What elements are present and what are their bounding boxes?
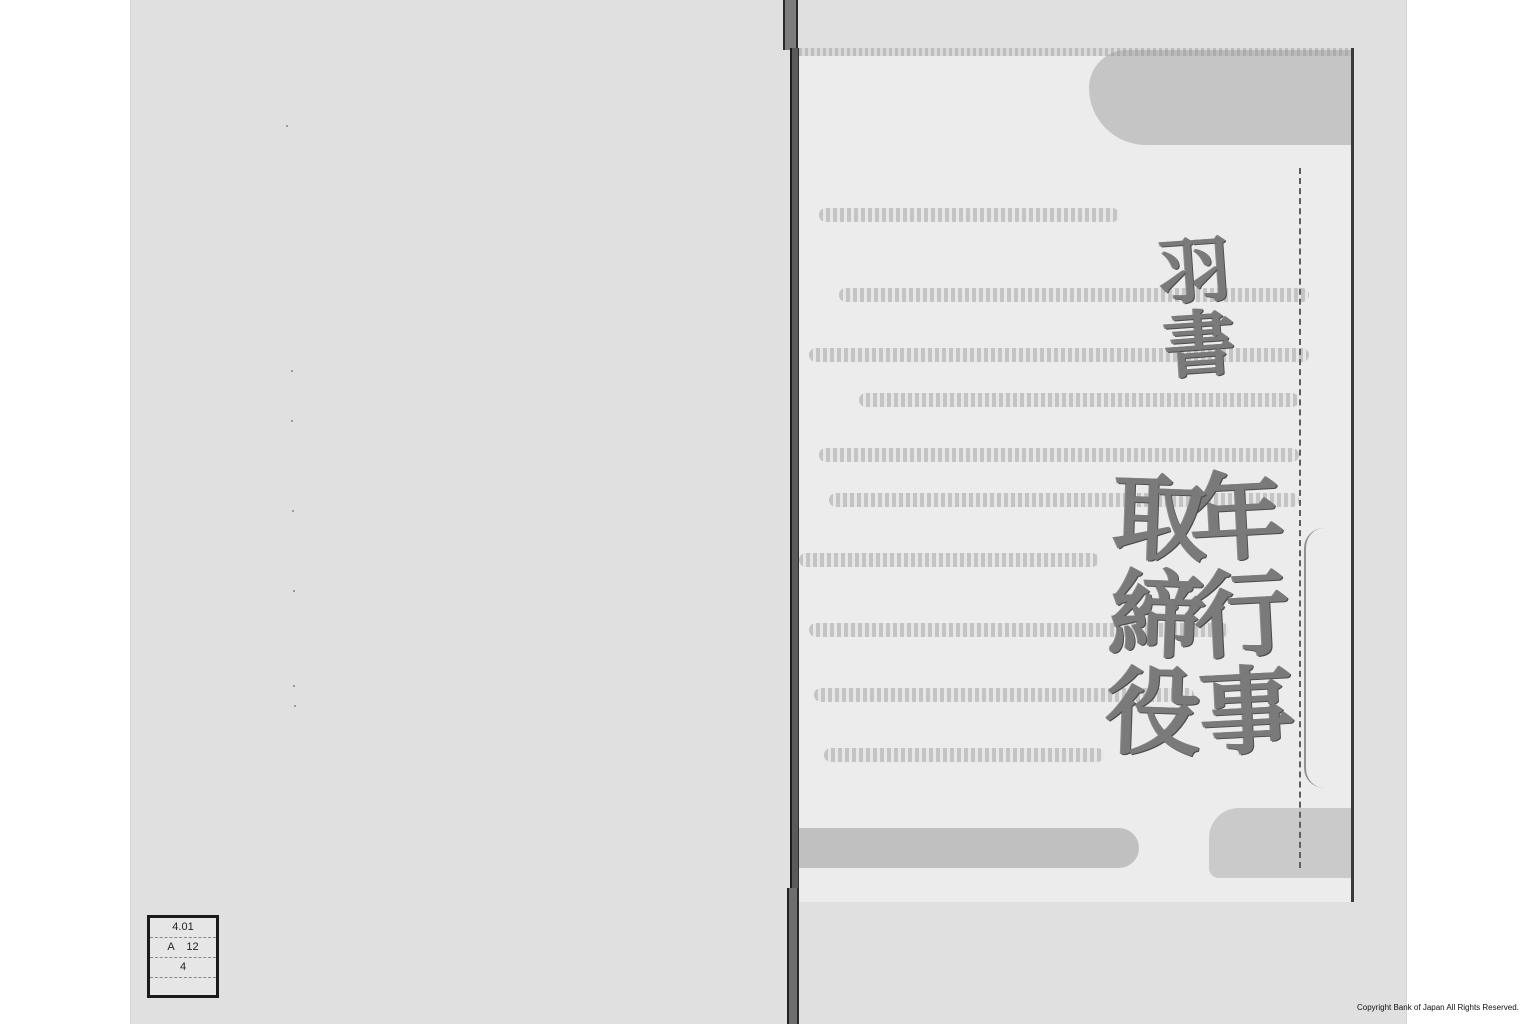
speck bbox=[286, 125, 288, 127]
cover-fold-line bbox=[1299, 168, 1301, 868]
paper-streak bbox=[819, 448, 1299, 462]
binding-spine-top bbox=[783, 0, 798, 50]
title-line-2-left: 取締役 bbox=[1094, 466, 1204, 760]
left-page: 4.01 A 12 4 bbox=[131, 0, 786, 1024]
binding-spine bbox=[790, 48, 799, 890]
paper-streak bbox=[819, 208, 1119, 222]
speck bbox=[293, 590, 295, 592]
scanned-spread: 4.01 A 12 4 bbox=[130, 0, 1407, 1024]
paper-streak bbox=[859, 393, 1299, 407]
binding-spine-bottom bbox=[787, 888, 799, 1024]
speck bbox=[291, 420, 293, 422]
speck bbox=[294, 705, 296, 707]
stain bbox=[799, 828, 1139, 868]
book-cover: 羽書 年行事 取締役 bbox=[799, 48, 1354, 902]
speck bbox=[293, 685, 295, 687]
speck bbox=[291, 370, 293, 372]
catalog-volume: 4 bbox=[150, 958, 216, 978]
cover-tear bbox=[1304, 528, 1346, 788]
title-line-1: 羽書 bbox=[1134, 230, 1248, 385]
catalog-classification: 4.01 bbox=[150, 918, 216, 938]
document-viewer: 4.01 A 12 4 bbox=[0, 0, 1536, 1024]
copyright-notice: Copyright Bank of Japan All Rights Reser… bbox=[1357, 1003, 1519, 1012]
paper-streak bbox=[824, 748, 1104, 762]
speck bbox=[292, 510, 294, 512]
paper-streak bbox=[799, 553, 1099, 567]
catalog-blank bbox=[150, 978, 216, 997]
catalog-label: 4.01 A 12 4 bbox=[147, 915, 219, 998]
catalog-series: A 12 bbox=[150, 938, 216, 958]
